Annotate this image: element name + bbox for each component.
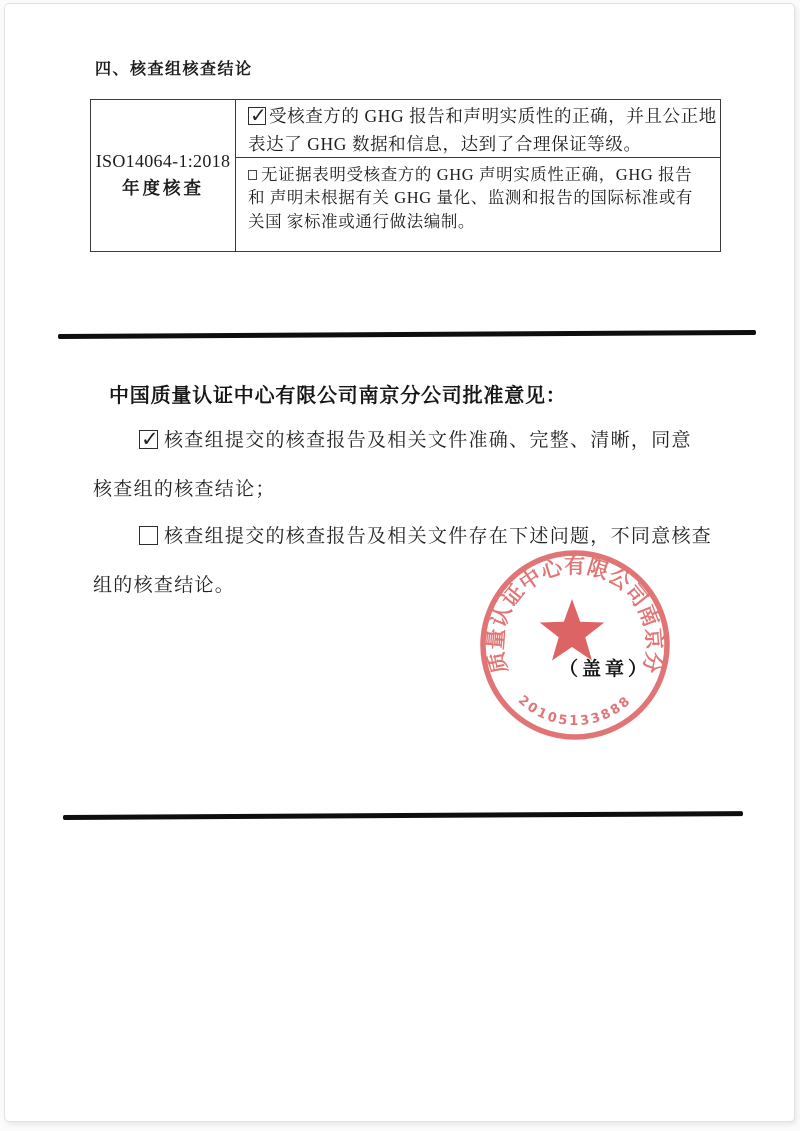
option-negative-line2: 和 声明未根据有关 GHG 量化、监测和报告的国际标准或有 xyxy=(248,186,712,210)
divider-line-top xyxy=(58,330,756,339)
company-seal: 中国质量认证中心有限公司南京分公司 3201051338885 xyxy=(475,545,675,745)
check-icon: ✓ xyxy=(250,102,267,130)
table-label-cell: ISO14064-1:2018 年度核查 xyxy=(91,100,236,251)
option-negative-line3: 关国 家标准或通行做法编制。 xyxy=(248,210,712,234)
option-negative-line1: 无证据表明受核查方的 GHG 声明实质性正确，GHG 报告 xyxy=(261,165,692,184)
star-icon xyxy=(540,599,605,661)
agree-line1: 核查组提交的核查报告及相关文件准确、完整、清晰，同意 xyxy=(164,430,692,451)
section-title: 四、核查组核查结论 xyxy=(95,56,253,79)
table-option-positive: ✓受核查方的 GHG 报告和声明实质性的正确，并且公正地 表达了 GHG 数据和… xyxy=(236,100,720,158)
agree-line2: 核查组的核查结论； xyxy=(93,475,738,524)
checkbox-unchecked-icon xyxy=(248,170,257,180)
option-positive-line2: 表达了 GHG 数据和信息，达到了合理保证等级。 xyxy=(248,131,712,158)
checkbox-checked: ✓ xyxy=(248,107,266,125)
approval-option-agree: ✓核查组提交的核查报告及相关文件准确、完整、清晰，同意 核查组的核查结论； xyxy=(93,426,738,524)
document-viewer: 四、核查组核查结论 ISO14064-1:2018 年度核查 ✓受核查方的 GH… xyxy=(0,0,800,1131)
divider-line-bottom xyxy=(63,811,743,819)
check-icon: ✓ xyxy=(141,424,160,454)
verification-table: ISO14064-1:2018 年度核查 ✓受核查方的 GHG 报告和声明实质性… xyxy=(90,99,721,252)
checkbox-checked: ✓ xyxy=(139,430,158,449)
checkbox-unchecked-icon xyxy=(139,526,158,545)
standard-label: ISO14064-1:2018 xyxy=(96,151,231,172)
audit-type-label: 年度核查 xyxy=(122,175,204,200)
seal-caption: （盖章） xyxy=(525,654,685,681)
approval-title: 中国质量认证中心有限公司南京分公司批准意见： xyxy=(109,379,567,408)
page: 四、核查组核查结论 ISO14064-1:2018 年度核查 ✓受核查方的 GH… xyxy=(4,3,795,1122)
table-option-negative: 无证据表明受核查方的 GHG 声明实质性正确，GHG 报告 和 声明未根据有关 … xyxy=(236,158,720,252)
option-positive-line1: 受核查方的 GHG 报告和声明实质性的正确，并且公正地 xyxy=(269,106,717,126)
disagree-line1: 核查组提交的核查报告及相关文件存在下述问题，不同意核查 xyxy=(164,526,712,547)
